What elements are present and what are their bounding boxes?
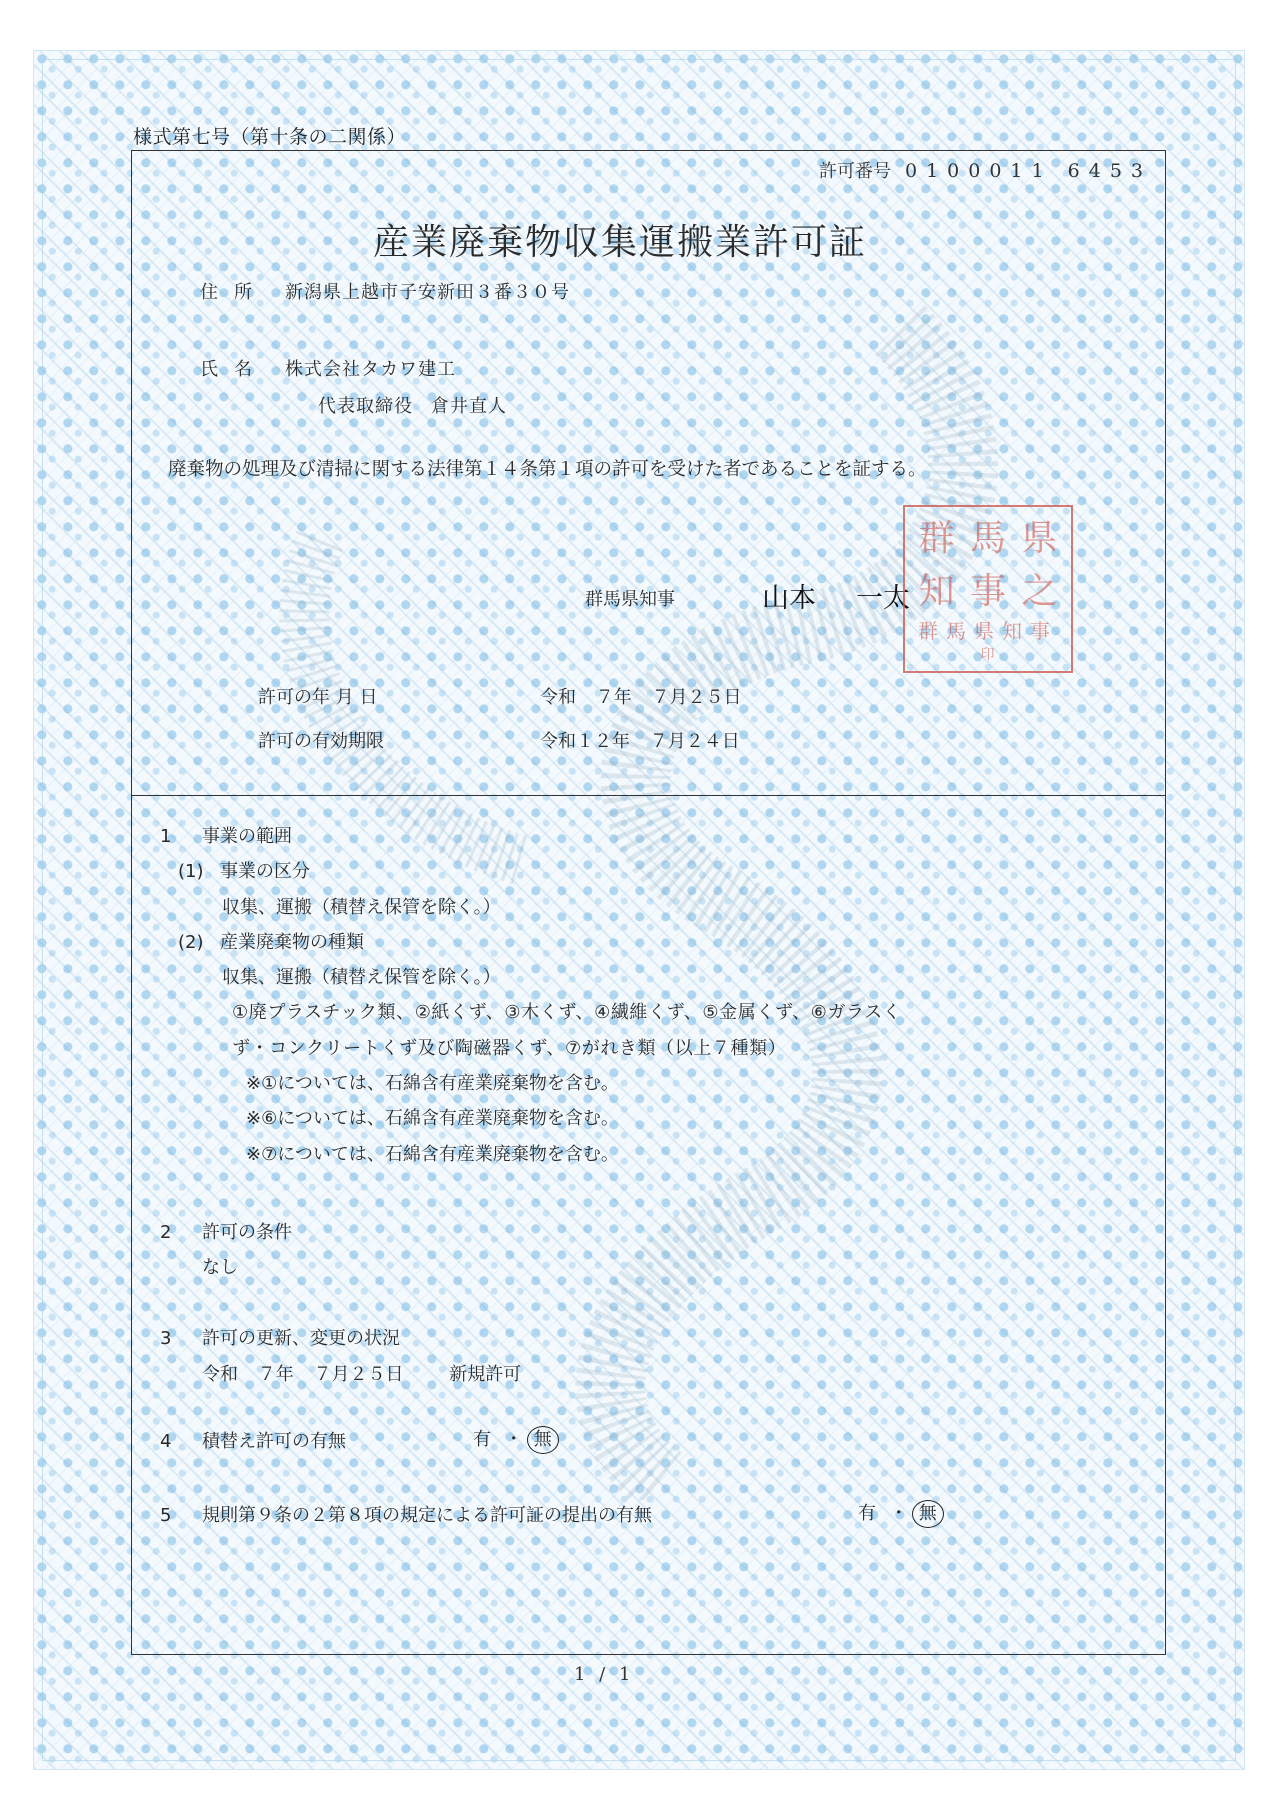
permit-date-month-day: ７月２５日 (651, 687, 741, 708)
section-number: 1 (160, 826, 202, 847)
seal-char: 群 (919, 521, 955, 557)
waste-types-line-1: ①廃プラスチック類、②紙くず、③木くず、④繊維くず、⑤金属くず、⑥ガラスく (232, 998, 901, 1024)
renewal-status: 新規許可 (449, 1364, 521, 1385)
certification-statement: 廃棄物の処理及び清掃に関する法律第１４条第１項の許可を受けた者であることを証する… (168, 455, 927, 481)
section-number: 4 (160, 1431, 202, 1452)
asbestos-note: ※⑥については、石綿含有産業廃棄物を含む。 (246, 1104, 619, 1130)
permit-date-era: 令和 (540, 687, 576, 708)
permit-number-value: 0100011 6453 (905, 160, 1152, 182)
section-2-heading: 2許可の条件 (160, 1218, 292, 1244)
seal-char: 事 (970, 574, 1006, 610)
waste-handling-scope: 収集、運搬（積替え保管を除く。） (222, 963, 501, 989)
permit-date-year: ７年 (596, 687, 632, 708)
official-seal-stamp: 群 馬 県 知 事 之 群馬県知事 印 (903, 505, 1073, 673)
option-yes: 有 (473, 1429, 491, 1450)
subsection-title: 事業の区分 (220, 861, 310, 882)
section-divider (131, 795, 1166, 796)
seal-char: 之 (1021, 574, 1057, 610)
section-title: 積替え許可の有無 (202, 1431, 346, 1452)
section-4-heading: 4積替え許可の有無 (160, 1427, 346, 1453)
subsection-number: (2) (178, 932, 220, 953)
renewal-era: 令和 (202, 1364, 238, 1385)
option-no-circled: 無 (527, 1426, 559, 1454)
section-5-heading: 5規則第９条の２第８項の規定による許可証の提出の有無 (160, 1501, 652, 1527)
renewal-month-day: ７月２５日 (313, 1364, 403, 1385)
representative-name: 倉井直人 (431, 396, 507, 417)
section-title: 許可の条件 (202, 1222, 292, 1243)
seal-char: 知 (919, 574, 955, 610)
permit-submission-choice: 有 ・無 (858, 1499, 944, 1528)
valid-until-label: 許可の有効期限 (258, 727, 384, 753)
name-label: 氏名 (200, 355, 268, 381)
seal-base-text: 印 (980, 648, 995, 662)
asbestos-note: ※①については、石綿含有産業廃棄物を含む。 (246, 1069, 619, 1095)
option-yes: 有 (858, 1503, 876, 1524)
section-number: 2 (160, 1222, 202, 1243)
valid-until-value: 令和１２年 ７月２４日 (540, 727, 740, 753)
page-number: 1 / 1 (574, 1664, 634, 1685)
renewal-year: ７年 (258, 1364, 294, 1385)
option-separator: ・ (505, 1429, 523, 1450)
valid-until-year: １２年 (576, 731, 630, 752)
seal-char: 馬 (970, 521, 1006, 557)
subsection-title: 産業廃棄物の種類 (220, 932, 364, 953)
permit-number: 許可番号0100011 6453 (819, 157, 1152, 183)
section-3-heading: 3許可の更新、変更の状況 (160, 1324, 400, 1350)
asbestos-note: ※⑦については、石綿含有産業廃棄物を含む。 (246, 1140, 619, 1166)
seal-char: 県 (1021, 521, 1057, 557)
document-title: 産業廃棄物収集運搬業許可証 (373, 214, 867, 265)
seal-bottom-text: 群馬県知事 (918, 621, 1058, 641)
permit-number-label: 許可番号 (819, 161, 891, 182)
section-number: 5 (160, 1505, 202, 1526)
business-category: 収集、運搬（積替え保管を除く。） (222, 893, 501, 919)
issuer-title: 群馬県知事 (585, 585, 675, 611)
address-value: 新潟県上越市子安新田３番３０号 (285, 278, 570, 304)
section-1-1-heading: (1)事業の区分 (178, 857, 310, 883)
issuer-given-name: 一太 (856, 583, 910, 614)
waste-types-line-2: ず・コンクリートくず及び陶磁器くず、⑦がれき類（以上７種類） (232, 1034, 786, 1060)
issuer-family-name: 山本 (762, 583, 816, 614)
option-no-circled: 無 (912, 1500, 944, 1528)
section-title: 事業の範囲 (202, 826, 292, 847)
company-name: 株式会社タカワ建工 (285, 355, 456, 381)
permit-conditions-value: なし (202, 1253, 238, 1279)
section-number: 3 (160, 1328, 202, 1349)
renewal-history-entry: 令和 ７年 ７月２５日 新規許可 (202, 1360, 521, 1386)
section-title: 規則第９条の２第８項の規定による許可証の提出の有無 (202, 1505, 652, 1526)
transfer-storage-choice: 有 ・無 (473, 1425, 559, 1454)
representative-title: 代表取締役 (318, 396, 413, 417)
option-separator: ・ (890, 1503, 908, 1524)
permit-date-value: 令和 ７年 ７月２５日 (540, 683, 741, 709)
section-title: 許可の更新、変更の状況 (202, 1328, 400, 1349)
address-label: 住所 (200, 278, 268, 304)
section-1-heading: 1事業の範囲 (160, 822, 292, 848)
subsection-number: (1) (178, 861, 220, 882)
valid-until-month-day: ７月２４日 (650, 731, 740, 752)
section-1-2-heading: (2)産業廃棄物の種類 (178, 928, 364, 954)
representative: 代表取締役倉井直人 (318, 392, 507, 418)
issuer-name: 山本一太 (762, 576, 910, 615)
valid-until-era: 令和 (540, 731, 576, 752)
permit-date-label: 許可の年 月 日 (258, 683, 377, 709)
form-number-label: 様式第七号（第十条の二関係） (133, 122, 406, 149)
